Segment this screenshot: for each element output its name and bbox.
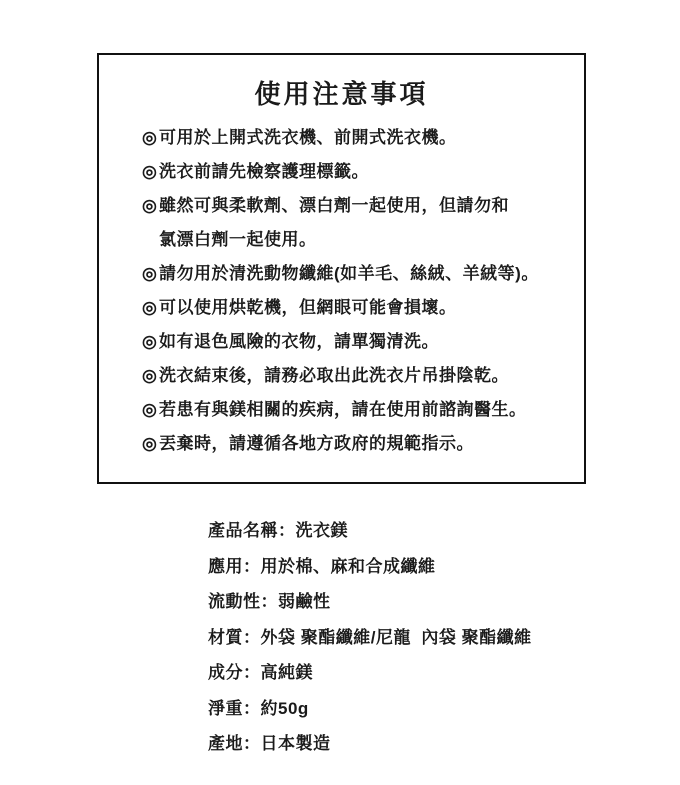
product-info-list: 產品名稱：洗衣鎂 應用：用於棉、麻和合成纖維 流動性：弱鹼性 材質：外袋 聚酯纖… <box>208 513 532 762</box>
notice-item: ◎若患有與鎂相關的疾病，請在使用前諮詢醫生。 <box>142 393 578 427</box>
info-label: 應用 <box>208 557 243 576</box>
notice-item-text: 請勿用於清洗動物纖維(如羊毛、絲絨、羊絨等)。 <box>159 264 539 283</box>
notice-item-text: 洗衣結束後，請務必取出此洗衣片吊掛陰乾。 <box>159 366 509 385</box>
info-value: 洗衣鎂 <box>296 521 349 540</box>
info-colon: ： <box>261 592 279 611</box>
notice-item: ◎丟棄時，請遵循各地方政府的規範指示。 <box>142 427 578 461</box>
notice-item-text: 丟棄時，請遵循各地方政府的規範指示。 <box>159 434 474 453</box>
info-value: 弱鹼性 <box>278 592 331 611</box>
info-value: 用於棉、麻和合成纖維 <box>261 557 436 576</box>
product-info-row: 產品名稱：洗衣鎂 <box>208 513 532 549</box>
double-circle-bullet-icon: ◎ <box>142 189 159 223</box>
notice-item: ◎洗衣前請先檢察護理標籤。 <box>142 155 578 189</box>
info-label: 成分 <box>208 663 243 682</box>
notice-item-continuation: 氯漂白劑一起使用。 <box>142 223 578 257</box>
notice-item-text: 如有退色風險的衣物，請單獨清洗。 <box>159 332 439 351</box>
notice-title: 使用注意事項 <box>99 79 584 109</box>
double-circle-bullet-icon: ◎ <box>142 257 159 291</box>
product-info-row: 淨重：約50g <box>208 691 532 727</box>
product-info-row: 流動性：弱鹼性 <box>208 584 532 620</box>
info-label: 產地 <box>208 734 243 753</box>
notice-item: ◎雖然可與柔軟劑、漂白劑一起使用，但請勿和 <box>142 189 578 223</box>
product-label-page: 使用注意事項 ◎可用於上開式洗衣機、前開式洗衣機。 ◎洗衣前請先檢察護理標籤。 … <box>0 0 680 785</box>
notice-item-text: 洗衣前請先檢察護理標籤。 <box>159 162 369 181</box>
info-value: 約50g <box>261 699 309 718</box>
info-value: 日本製造 <box>261 734 331 753</box>
info-colon: ： <box>243 557 261 576</box>
product-info-row: 產地：日本製造 <box>208 726 532 762</box>
double-circle-bullet-icon: ◎ <box>142 291 159 325</box>
double-circle-bullet-icon: ◎ <box>142 121 159 155</box>
info-colon: ： <box>243 663 261 682</box>
info-label: 產品名稱 <box>208 521 278 540</box>
usage-notice-box: 使用注意事項 ◎可用於上開式洗衣機、前開式洗衣機。 ◎洗衣前請先檢察護理標籤。 … <box>97 53 586 484</box>
info-colon: ： <box>243 628 261 647</box>
info-value: 外袋 聚酯纖維/尼龍 內袋 聚酯纖維 <box>261 628 532 647</box>
product-info-row: 應用：用於棉、麻和合成纖維 <box>208 549 532 585</box>
info-colon: ： <box>278 521 296 540</box>
info-label: 材質 <box>208 628 243 647</box>
info-label: 流動性 <box>208 592 261 611</box>
product-info-row: 成分：高純鎂 <box>208 655 532 691</box>
info-label: 淨重 <box>208 699 243 718</box>
double-circle-bullet-icon: ◎ <box>142 393 159 427</box>
notice-item: ◎如有退色風險的衣物，請單獨清洗。 <box>142 325 578 359</box>
notice-item-text: 可用於上開式洗衣機、前開式洗衣機。 <box>159 128 457 147</box>
notice-item: ◎可以使用烘乾機，但網眼可能會損壞。 <box>142 291 578 325</box>
product-info-row: 材質：外袋 聚酯纖維/尼龍 內袋 聚酯纖維 <box>208 620 532 656</box>
info-colon: ： <box>243 699 261 718</box>
notice-item: ◎請勿用於清洗動物纖維(如羊毛、絲絨、羊絨等)。 <box>142 257 578 291</box>
double-circle-bullet-icon: ◎ <box>142 155 159 189</box>
notice-item-text: 可以使用烘乾機，但網眼可能會損壞。 <box>159 298 457 317</box>
double-circle-bullet-icon: ◎ <box>142 427 159 461</box>
notice-item: ◎可用於上開式洗衣機、前開式洗衣機。 <box>142 121 578 155</box>
info-value: 高純鎂 <box>261 663 314 682</box>
notice-list: ◎可用於上開式洗衣機、前開式洗衣機。 ◎洗衣前請先檢察護理標籤。 ◎雖然可與柔軟… <box>99 121 584 461</box>
double-circle-bullet-icon: ◎ <box>142 359 159 393</box>
double-circle-bullet-icon: ◎ <box>142 325 159 359</box>
notice-item-text: 雖然可與柔軟劑、漂白劑一起使用，但請勿和 <box>159 196 509 215</box>
notice-item-text: 若患有與鎂相關的疾病，請在使用前諮詢醫生。 <box>159 400 527 419</box>
notice-item: ◎洗衣結束後，請務必取出此洗衣片吊掛陰乾。 <box>142 359 578 393</box>
info-colon: ： <box>243 734 261 753</box>
